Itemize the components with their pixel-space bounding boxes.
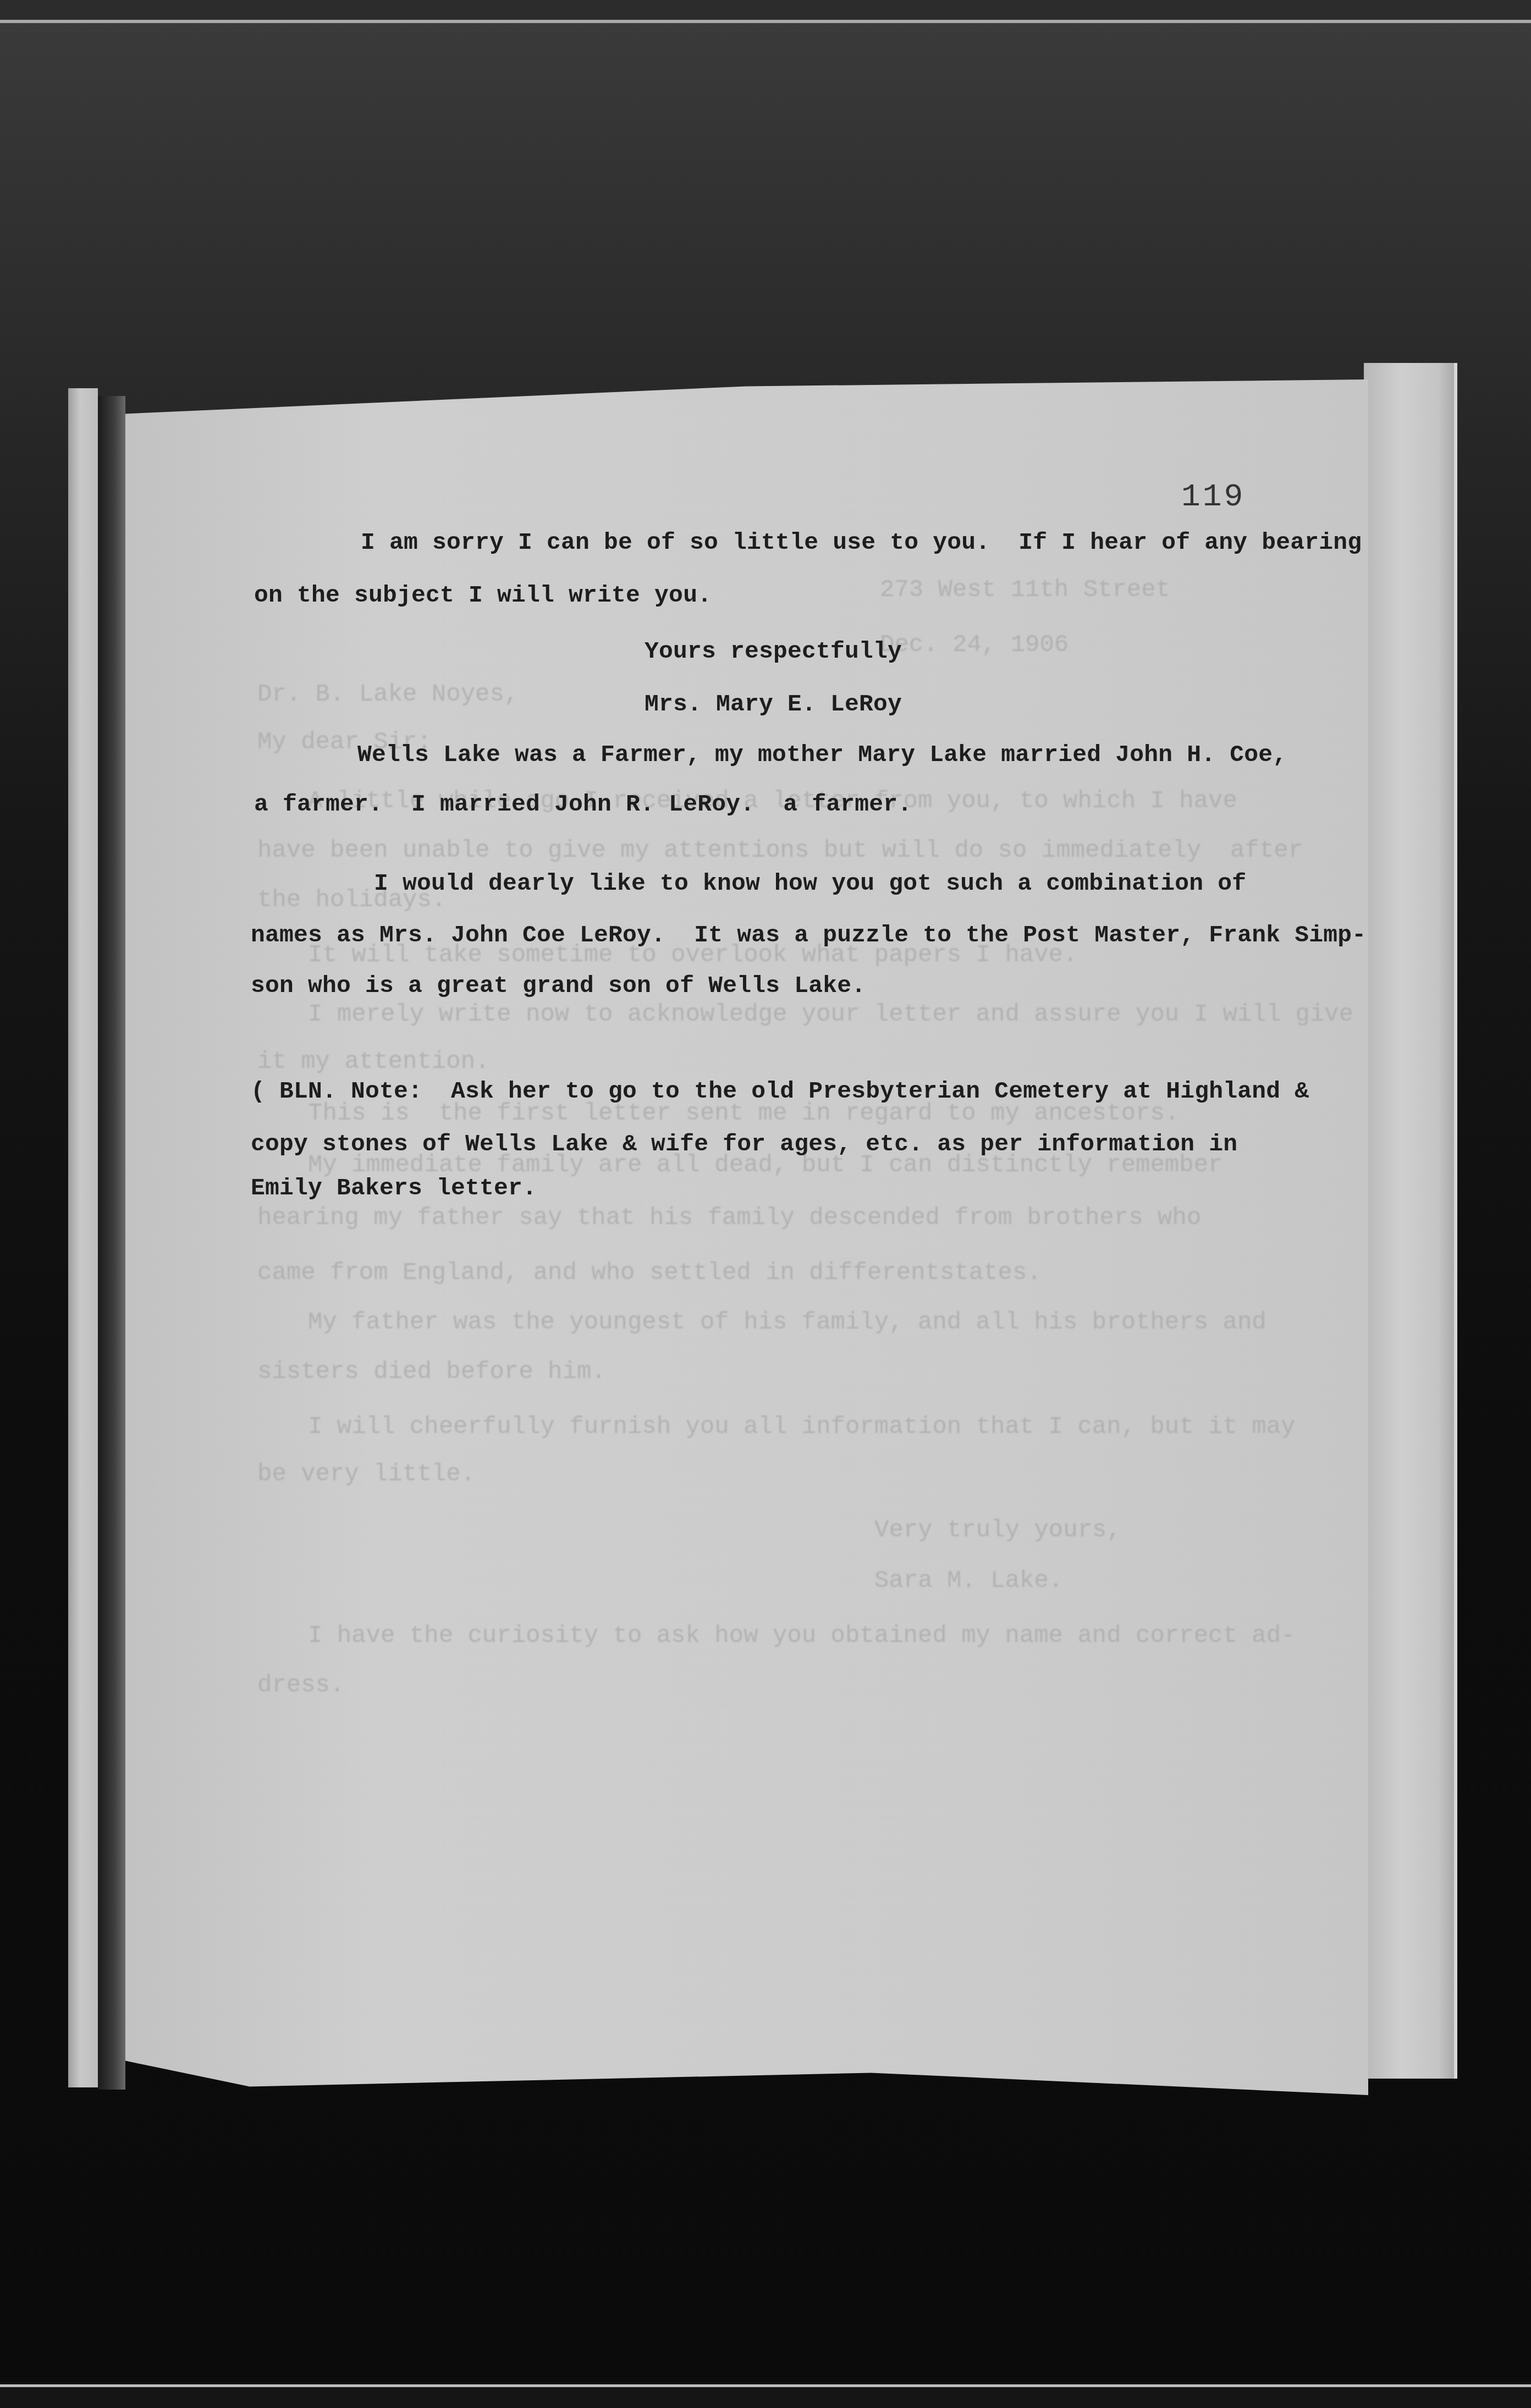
bleed-through-line: I have the curiosity to ask how you obta… <box>308 1622 1296 1650</box>
bleed-through-line: came from England, and who settled in di… <box>257 1259 1042 1287</box>
book-gutter <box>98 396 125 2090</box>
signature: Mrs. Mary E. LeRoy <box>645 691 902 718</box>
bleed-through-line: have been unable to give my attentions b… <box>257 837 1303 864</box>
document-page <box>125 379 1368 2095</box>
bleed-through-line: Sara M. Lake. <box>874 1567 1063 1595</box>
bleed-through-line: 273 West 11th Street <box>880 576 1170 604</box>
note-line: copy stones of Wells Lake & wife for age… <box>251 1131 1237 1158</box>
letter-line: names as Mrs. John Coe LeRoy. It was a p… <box>251 922 1366 949</box>
letter-line: Wells Lake was a Farmer, my mother Mary … <box>357 741 1287 768</box>
bleed-through-line: it my attention. <box>257 1048 489 1076</box>
bleed-through-line: My father was the youngest of his family… <box>308 1309 1266 1336</box>
letter-line: son who is a great grand son of Wells La… <box>251 972 866 999</box>
bleed-through-line: dress. <box>257 1672 344 1699</box>
bleed-through-line: Dec. 24, 1906 <box>880 631 1069 659</box>
film-top-border <box>0 0 1531 20</box>
letter-line: I am sorry I can be of so little use to … <box>361 529 1362 556</box>
bleed-through-line: hearing my father say that his family de… <box>257 1204 1201 1232</box>
bleed-through-line: sisters died before him. <box>257 1358 606 1386</box>
letter-line: I would dearly like to know how you got … <box>374 870 1246 897</box>
bleed-through-line: I merely write now to acknowledge your l… <box>308 1001 1353 1028</box>
letter-line: on the subject I will write you. <box>254 582 712 609</box>
bleed-through-line: be very little. <box>257 1461 475 1488</box>
note-line: ( BLN. Note: Ask her to go to the old Pr… <box>251 1078 1309 1105</box>
bleed-through-line: Very truly yours, <box>874 1517 1121 1544</box>
page-number: 119 <box>1181 480 1245 515</box>
bleed-through-line: Dr. B. Lake Noyes, <box>257 681 519 708</box>
closing-salutation: Yours respectfully <box>645 638 902 665</box>
film-bottom-border <box>0 2387 1531 2408</box>
page-stack-edge <box>1364 363 1457 2079</box>
letter-line: a farmer. I married John R. LeRoy. a far… <box>254 791 912 818</box>
left-page-edge <box>68 388 98 2087</box>
note-line: Emily Bakers letter. <box>251 1175 537 1202</box>
bleed-through-line: I will cheerfully furnish you all inform… <box>308 1413 1296 1441</box>
